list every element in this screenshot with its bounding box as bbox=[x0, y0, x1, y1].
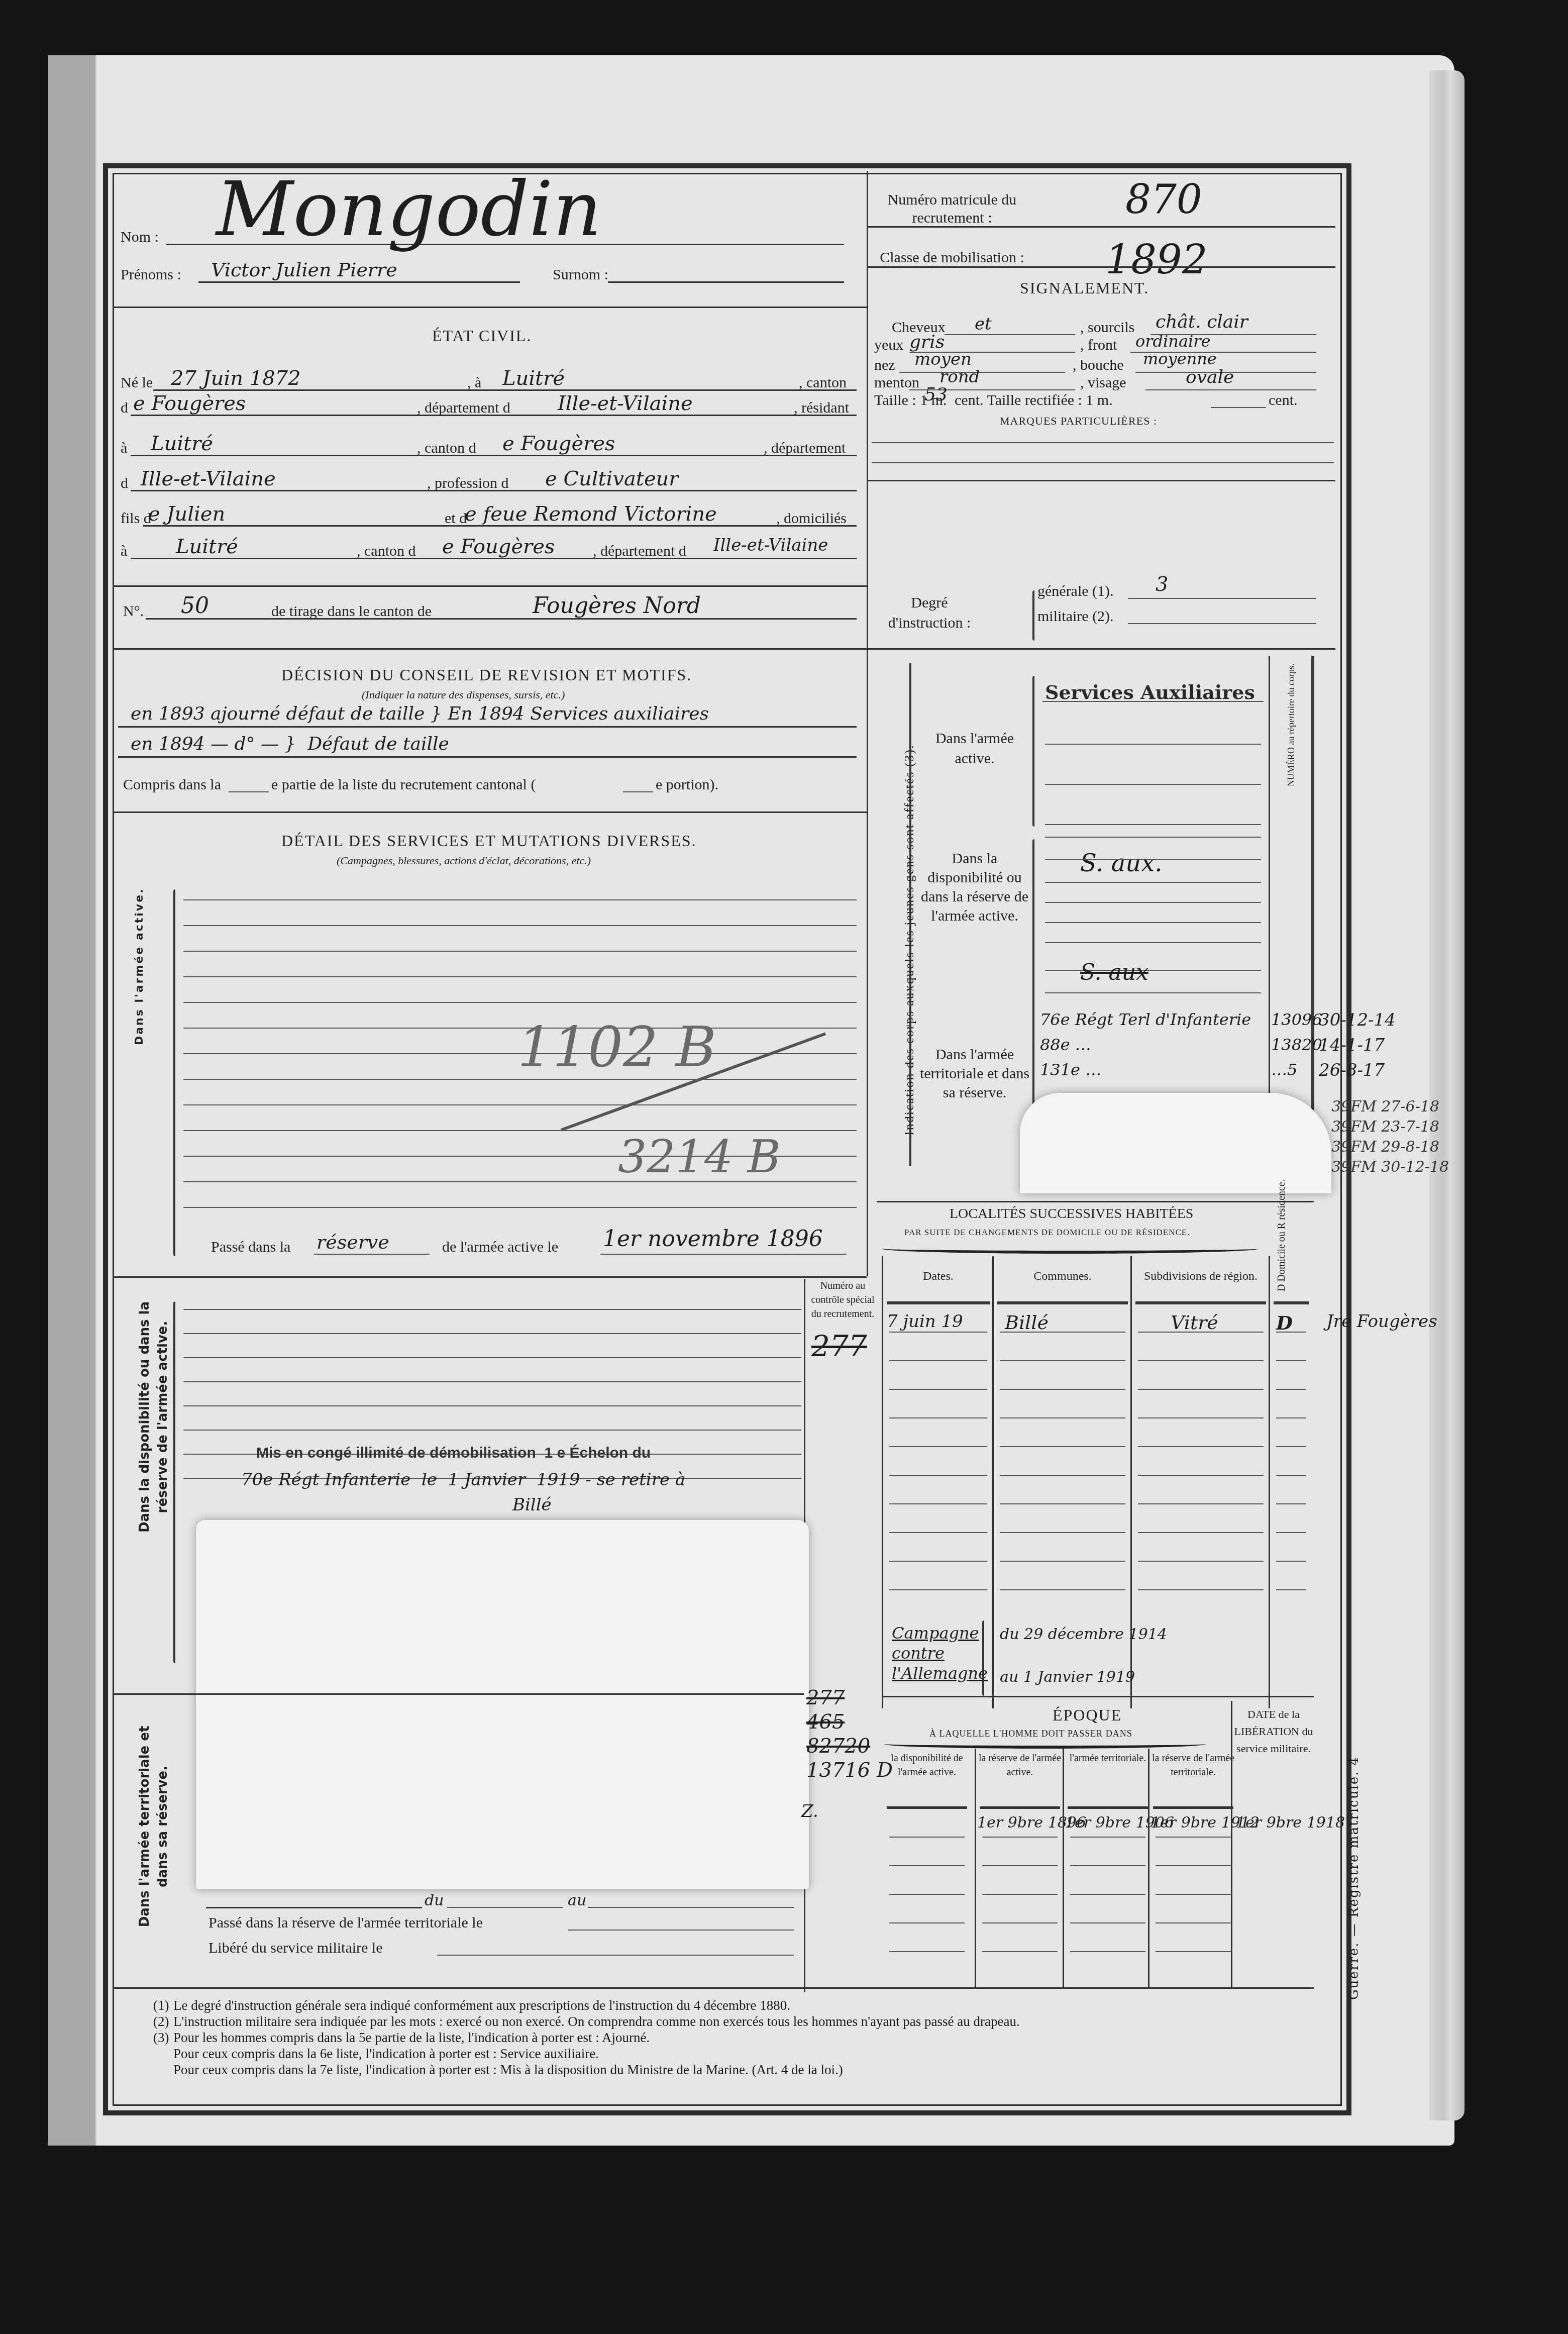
ruled-line bbox=[1070, 1951, 1145, 1952]
territoriale-numero: 13096 bbox=[1271, 1010, 1322, 1029]
line bbox=[1045, 837, 1261, 838]
ruled-line bbox=[889, 1475, 987, 1476]
ne-le-label: Né le bbox=[121, 374, 153, 391]
domicile-canton-value: e Fougères bbox=[442, 535, 555, 558]
ruled-line bbox=[1276, 1532, 1306, 1533]
campagne-du: du 29 décembre 1914 bbox=[1000, 1626, 1167, 1643]
conge-line-1: Mis en congé illimité de démobilisation … bbox=[256, 1445, 651, 1462]
localites-title: LOCALITÉS SUCCESSIVES HABITÉES bbox=[950, 1206, 1193, 1222]
menton-label: menton bbox=[874, 374, 919, 391]
footnote-text: Pour ceux compris dans la 7e liste, l'in… bbox=[173, 2062, 843, 2078]
residence-dept-value: Ille-et-Vilaine bbox=[141, 467, 276, 490]
ruled-line bbox=[889, 1446, 987, 1447]
brace bbox=[173, 1301, 175, 1663]
ruled-line bbox=[889, 1503, 987, 1504]
domicile-a-label: à bbox=[121, 543, 127, 560]
et-de-label: et d bbox=[445, 510, 467, 527]
instruction-label: Degré d'instruction : bbox=[884, 593, 975, 633]
campagne-label: Campagne contre l'Allemagne bbox=[892, 1623, 987, 1683]
line bbox=[1045, 824, 1261, 825]
canton-value: e Fougères bbox=[133, 392, 246, 415]
column-header: Communes. bbox=[995, 1269, 1130, 1284]
tirage-label: de tirage dans le canton de bbox=[271, 603, 432, 620]
line bbox=[118, 726, 857, 728]
ruled-line bbox=[183, 925, 857, 926]
brace bbox=[1032, 590, 1034, 641]
divider bbox=[882, 1696, 1314, 1697]
footnote-number: (3) bbox=[153, 2029, 173, 2046]
line bbox=[118, 756, 857, 758]
decision-subtitle: (Indiquer la nature des dispenses, sursi… bbox=[362, 688, 565, 701]
compris-label: Compris dans la bbox=[123, 776, 221, 793]
nom-label: Nom : bbox=[121, 229, 159, 246]
epoque-column-header: la réserve de l'armée territoriale. bbox=[1151, 1751, 1236, 1779]
footnote: (1)Le degré d'instruction générale sera … bbox=[153, 1997, 1309, 2013]
ruled-line bbox=[183, 899, 857, 900]
ruled-line bbox=[1070, 1922, 1145, 1923]
du-label: du bbox=[425, 1892, 444, 1909]
ruled-line bbox=[982, 1865, 1058, 1866]
ruled-line bbox=[183, 976, 857, 977]
divider bbox=[113, 648, 867, 650]
ne-le-value: 27 Juin 1872 bbox=[171, 367, 300, 390]
line bbox=[1045, 922, 1261, 923]
territoriale-struck-numbers: 277 465 82720 13716 D bbox=[806, 1686, 893, 1782]
margin-note: 39FM 27-6-18 bbox=[1331, 1098, 1439, 1115]
matricule-value: 870 bbox=[1125, 176, 1202, 223]
blank-paper-patch bbox=[196, 1520, 809, 1889]
ruled-line bbox=[982, 1951, 1058, 1952]
divider bbox=[868, 480, 1335, 481]
ruled-line bbox=[889, 1951, 965, 1952]
affect-disponibilite-label: Dans la disponibilité ou dans la réserve… bbox=[919, 849, 1030, 926]
current-number: 13716 D bbox=[806, 1758, 893, 1782]
residence-dept-prefix: d bbox=[121, 475, 128, 492]
ruled-line bbox=[1070, 1865, 1145, 1866]
decision-line-2: en 1894 — d° — } Défaut de taille bbox=[131, 734, 449, 754]
taille-rectifiee-line bbox=[1211, 407, 1266, 408]
ruled-line bbox=[982, 1922, 1058, 1923]
footnote-text: L'instruction militaire sera indiquée pa… bbox=[173, 2013, 1020, 2029]
surnom-label: Surnom : bbox=[553, 266, 608, 283]
footnote-number: (1) bbox=[153, 1997, 173, 2013]
ruled-line bbox=[1000, 1475, 1125, 1476]
etat-civil-title: ÉTAT CIVIL. bbox=[432, 327, 532, 345]
services-annotation-2: 3214 B bbox=[618, 1131, 781, 1183]
divider bbox=[113, 307, 867, 308]
line bbox=[1128, 598, 1316, 599]
liberation-label: DATE de la LIBÉRATION du service militai… bbox=[1233, 1706, 1314, 1757]
localite-type: D bbox=[1276, 1311, 1293, 1334]
line bbox=[1045, 784, 1261, 785]
ruled-line bbox=[982, 1837, 1058, 1838]
line bbox=[206, 1907, 422, 1908]
divider bbox=[992, 1256, 994, 1708]
classe-label: Classe de mobilisation : bbox=[877, 249, 1027, 267]
divider bbox=[868, 266, 1335, 268]
ornament-rule bbox=[882, 1244, 1259, 1254]
sourcils-value: chât. clair bbox=[1156, 312, 1248, 332]
services-subtitle: (Campagnes, blessures, actions d'éclat, … bbox=[337, 854, 591, 867]
services-auxiliaires-stamp: Services Auxiliaires bbox=[1045, 681, 1255, 703]
marques-title: MARQUES PARTICULIÈRES : bbox=[1000, 415, 1157, 428]
margin-note: 39FM 23-7-18 bbox=[1331, 1118, 1439, 1136]
divider bbox=[868, 226, 1335, 228]
passe-date: 1er novembre 1896 bbox=[603, 1226, 823, 1252]
header-rule bbox=[1135, 1301, 1266, 1304]
line bbox=[588, 1907, 794, 1908]
cent-label-2: cent. bbox=[1269, 392, 1297, 409]
profession-value: e Cultivateur bbox=[545, 467, 679, 490]
divider bbox=[909, 663, 911, 1166]
localite-date: 7 juin 19 bbox=[887, 1311, 963, 1332]
lieu-naissance: Luitré bbox=[502, 367, 565, 390]
sourcils-label: , sourcils bbox=[1080, 319, 1134, 336]
domicile-value: Luitré bbox=[176, 535, 238, 558]
ruled-line bbox=[1276, 1503, 1306, 1504]
domicile-dept-label: , département d bbox=[593, 543, 686, 560]
affect-disponibilite-value: S. aux. bbox=[1080, 849, 1163, 877]
territoriale-date: 30-12-14 bbox=[1319, 1010, 1396, 1030]
residence-a-label: à bbox=[121, 440, 127, 457]
canton-label: , canton bbox=[799, 374, 847, 391]
line bbox=[1045, 970, 1261, 971]
footnote-text: Le degré d'instruction générale sera ind… bbox=[173, 1997, 790, 2013]
services-side-label: Dans l'armée active. bbox=[133, 888, 146, 1045]
visage-label: , visage bbox=[1080, 374, 1126, 391]
ruled-line bbox=[889, 1332, 987, 1333]
residence-value: Luitré bbox=[151, 432, 213, 455]
ruled-line bbox=[1138, 1417, 1264, 1418]
prenoms-line bbox=[198, 281, 520, 283]
ruled-line bbox=[889, 1922, 965, 1923]
numero-controle-label: Numéro au contrôle spécial du recrutemen… bbox=[806, 1279, 879, 1321]
ruled-line bbox=[1156, 1865, 1231, 1866]
line bbox=[146, 618, 857, 620]
brace bbox=[1032, 676, 1034, 827]
residence-canton-label: , canton d bbox=[417, 440, 476, 457]
footnote-text: Pour les hommes compris dans la 5e parti… bbox=[173, 2029, 650, 2046]
line bbox=[437, 1955, 794, 1956]
footnote: (3)Pour les hommes compris dans la 5e pa… bbox=[153, 2029, 1309, 2046]
footnote-text: Pour ceux compris dans la 6e liste, l'in… bbox=[173, 2046, 599, 2062]
footnotes: (1)Le degré d'instruction générale sera … bbox=[153, 1997, 1309, 2078]
brace bbox=[982, 1620, 984, 1696]
margin-note: 39FM 30-12-18 bbox=[1331, 1158, 1449, 1176]
territoriale-date: 14-1-17 bbox=[1319, 1035, 1385, 1055]
ruled-line bbox=[1276, 1360, 1306, 1361]
line bbox=[872, 462, 1334, 463]
footnote-number bbox=[153, 2046, 173, 2062]
header-rule bbox=[887, 1301, 990, 1304]
brace bbox=[173, 889, 175, 1256]
page-binding-shadow bbox=[48, 55, 96, 2146]
numero-controle-value: 277 bbox=[811, 1329, 867, 1363]
ruled-line bbox=[1276, 1417, 1306, 1418]
services-annotation-1: 1102 B bbox=[517, 1015, 716, 1079]
tirage-numero: 50 bbox=[181, 593, 209, 619]
line bbox=[872, 442, 1334, 443]
column-header: Dates. bbox=[884, 1269, 992, 1284]
line bbox=[1145, 389, 1316, 390]
tirage-no-label: N°. bbox=[123, 603, 144, 620]
ruled-line bbox=[1070, 1837, 1145, 1838]
line bbox=[1045, 942, 1261, 943]
canton-prefix: d bbox=[121, 399, 128, 417]
instruction-generale-value: 3 bbox=[1156, 573, 1168, 596]
line bbox=[945, 334, 1075, 335]
bouche-value: moyenne bbox=[1143, 349, 1217, 368]
ruled-line bbox=[889, 1532, 987, 1533]
ruled-line bbox=[1156, 1951, 1231, 1952]
header-rule bbox=[887, 1806, 967, 1809]
matricule-label: Numéro matricule du recrutement : bbox=[877, 191, 1027, 227]
header-rule bbox=[997, 1301, 1128, 1304]
passe-value: réserve bbox=[317, 1231, 389, 1253]
ruled-line bbox=[1138, 1532, 1264, 1533]
nez-label: nez bbox=[874, 357, 895, 374]
compris-text: e partie de la liste du recrutement cant… bbox=[271, 776, 536, 793]
torn-paper-patch bbox=[1020, 1093, 1331, 1193]
territoriale-corps: 131e … bbox=[1040, 1060, 1101, 1079]
localites-margin-note: Jre Fougères bbox=[1326, 1311, 1437, 1332]
cheveux-value: et bbox=[975, 314, 992, 334]
portion-text: e portion). bbox=[656, 776, 718, 793]
divider bbox=[882, 1256, 883, 1708]
fils-de-label: fils d bbox=[121, 510, 151, 527]
domicile-dept-value: Ille-et-Vilaine bbox=[713, 535, 828, 555]
line bbox=[1045, 992, 1261, 993]
divider bbox=[1148, 1749, 1149, 1987]
ornament-rule bbox=[884, 1740, 1206, 1749]
epoque-column-header: l'armée territoriale. bbox=[1065, 1751, 1151, 1765]
divider bbox=[1063, 1749, 1064, 1987]
ruled-line bbox=[1000, 1417, 1125, 1418]
divider bbox=[113, 811, 867, 813]
header-rule bbox=[1153, 1806, 1233, 1809]
domicile-canton-label: , canton d bbox=[357, 543, 415, 560]
menton-value: rond bbox=[939, 367, 980, 387]
passe-label: Passé dans la bbox=[211, 1239, 290, 1256]
line bbox=[1045, 902, 1261, 903]
divider bbox=[113, 1276, 867, 1278]
ruled-line bbox=[183, 951, 857, 952]
bouche-label: , bouche bbox=[1073, 357, 1124, 374]
ruled-line bbox=[1138, 1360, 1264, 1361]
ruled-line bbox=[889, 1417, 987, 1418]
territoriale-corps: 76e Régt Terl d'Infanterie bbox=[1040, 1010, 1251, 1029]
liberation-value: 1er 9bre 1918 bbox=[1236, 1814, 1345, 1832]
line bbox=[1045, 744, 1261, 745]
instruction-generale-label: générale (1). bbox=[1037, 583, 1114, 600]
taille-value: 53 bbox=[924, 384, 948, 405]
line bbox=[600, 1254, 847, 1255]
affect-active-label: Dans l'armée active. bbox=[919, 729, 1030, 769]
footnote: (2)L'instruction militaire sera indiquée… bbox=[153, 2013, 1309, 2029]
ruled-line bbox=[183, 1207, 857, 1208]
divider bbox=[877, 1201, 1314, 1202]
a-label: , à bbox=[467, 374, 481, 391]
divider bbox=[113, 1987, 1314, 1989]
ruled-line bbox=[1276, 1475, 1306, 1476]
numero-repertoire-label: NUMÉRO au répertoire du corps. bbox=[1286, 664, 1297, 786]
ruled-line bbox=[982, 1894, 1058, 1895]
divider bbox=[1231, 1701, 1232, 1987]
struck-number: 82720 bbox=[806, 1734, 893, 1758]
line bbox=[131, 455, 857, 456]
au-label: au bbox=[568, 1892, 586, 1909]
ruled-line bbox=[1156, 1922, 1231, 1923]
decision-line-1: en 1893 ajourné défaut de taille } En 18… bbox=[131, 703, 709, 724]
territoriale-numero: 13820 bbox=[1271, 1035, 1322, 1054]
territoriale-corps: 88e … bbox=[1040, 1035, 1091, 1054]
localite-subdivision: Vitré bbox=[1171, 1311, 1218, 1334]
footnote-number bbox=[153, 2062, 173, 2078]
column-header: D Domicile ou R résidence. bbox=[1276, 1179, 1288, 1291]
passe-reserve-label: Passé dans la réserve de l'armée territo… bbox=[208, 1914, 483, 1932]
territoriale-date: 26-8-17 bbox=[1319, 1060, 1385, 1080]
ruled-line bbox=[1138, 1475, 1264, 1476]
ruled-line bbox=[889, 1389, 987, 1390]
divider bbox=[113, 585, 867, 587]
divider bbox=[113, 1693, 804, 1695]
divider bbox=[868, 648, 1335, 650]
territoriale-numero: …5 bbox=[1271, 1060, 1297, 1079]
ruled-line bbox=[889, 1589, 987, 1590]
departement-label: , département d bbox=[417, 399, 510, 417]
divider bbox=[975, 1749, 976, 1987]
instruction-militaire-label: militaire (2). bbox=[1037, 608, 1114, 625]
surnom-line bbox=[608, 281, 844, 283]
epoque-column-header: la réserve de l'armée active. bbox=[977, 1751, 1063, 1779]
visage-value: ovale bbox=[1186, 367, 1234, 387]
ruled-line bbox=[1000, 1503, 1125, 1504]
line bbox=[1045, 859, 1261, 860]
cent-label: cent. Taille rectifiée : 1 m. bbox=[955, 392, 1113, 409]
passe-mid-label: de l'armée active le bbox=[442, 1239, 558, 1256]
disponibilite-side-label: Dans la disponibilité ou dans la réserve… bbox=[136, 1286, 172, 1548]
portion-line bbox=[623, 791, 653, 792]
nom-value: Mongodin bbox=[216, 166, 601, 253]
prenoms-label: Prénoms : bbox=[121, 266, 181, 283]
ruled-line bbox=[183, 1002, 857, 1003]
ruled-line bbox=[1000, 1561, 1125, 1562]
territoriale-side-label: Dans l'armée territoriale et dans sa rés… bbox=[136, 1713, 172, 1940]
ruled-line bbox=[1138, 1446, 1264, 1447]
ruled-line bbox=[1000, 1446, 1125, 1447]
divider bbox=[1269, 1256, 1270, 1708]
ruled-line bbox=[1000, 1589, 1125, 1590]
pere-value: e Julien bbox=[148, 502, 225, 526]
footnote: Pour ceux compris dans la 7e liste, l'in… bbox=[153, 2062, 1309, 2078]
ruled-line bbox=[1000, 1532, 1125, 1533]
ruled-line bbox=[889, 1865, 965, 1866]
footnote: Pour ceux compris dans la 6e liste, l'in… bbox=[153, 2046, 1309, 2062]
ruled-line bbox=[1276, 1446, 1306, 1447]
ruled-line bbox=[183, 1357, 801, 1358]
profession-label: , profession d bbox=[427, 475, 508, 492]
residence-canton-value: e Fougères bbox=[502, 432, 615, 455]
classe-value: 1892 bbox=[1105, 236, 1208, 283]
margin-note: 39FM 29-8-18 bbox=[1331, 1138, 1439, 1156]
ruled-line bbox=[889, 1360, 987, 1361]
ruled-line bbox=[1138, 1389, 1264, 1390]
struck-number: 465 bbox=[806, 1710, 893, 1734]
signalement-title: SIGNALEMENT. bbox=[1020, 279, 1149, 297]
header-rule bbox=[1068, 1806, 1148, 1809]
ruled-line bbox=[183, 1381, 801, 1382]
conge-line-2: 70e Régt Infanterie le 1 Janvier 1919 - … bbox=[241, 1470, 685, 1490]
decision-title: DÉCISION DU CONSEIL DE REVISION ET MOTIF… bbox=[281, 666, 692, 684]
residant-label: , résidant bbox=[794, 399, 849, 417]
departement-value: Ille-et-Vilaine bbox=[558, 392, 693, 415]
ruled-line bbox=[183, 1309, 801, 1310]
ruled-line bbox=[1138, 1589, 1264, 1590]
ruled-line bbox=[183, 1104, 857, 1105]
ruled-line bbox=[889, 1837, 965, 1838]
yeux-label: yeux bbox=[874, 337, 903, 354]
nez-value: moyen bbox=[914, 349, 972, 369]
ruled-line bbox=[889, 1561, 987, 1562]
ruled-line bbox=[1156, 1837, 1231, 1838]
ruled-line bbox=[1070, 1894, 1145, 1895]
libere-label: Libéré du service militaire le bbox=[208, 1940, 383, 1957]
affect-territoriale-struck: S. aux bbox=[1080, 960, 1148, 985]
line bbox=[1045, 882, 1261, 883]
ruled-line bbox=[1156, 1894, 1231, 1895]
registre-side-label: Guerre. — Registre matricule. 4 bbox=[1346, 1756, 1362, 2000]
domicilies-label: , domiciliés bbox=[776, 510, 847, 527]
ruled-line bbox=[1000, 1389, 1125, 1390]
page-stack-edge bbox=[1429, 70, 1465, 2120]
struck-number: 277 bbox=[806, 1686, 893, 1710]
ruled-line bbox=[1276, 1561, 1306, 1562]
tirage-canton: Fougères Nord bbox=[533, 593, 701, 619]
localites-subtitle: PAR SUITE DE CHANGEMENTS DE DOMICILE OU … bbox=[904, 1228, 1190, 1238]
column-divider bbox=[867, 171, 868, 1276]
ruled-line bbox=[1138, 1503, 1264, 1504]
line bbox=[1042, 701, 1264, 702]
header-rule bbox=[1274, 1301, 1309, 1304]
epoque-subtitle: À LAQUELLE L'HOMME DOIT PASSER DANS bbox=[929, 1729, 1132, 1739]
ruled-line bbox=[183, 1430, 801, 1431]
ruled-line bbox=[1276, 1389, 1306, 1390]
affect-territoriale-label: Dans l'armée territoriale et dans sa rés… bbox=[919, 1045, 1030, 1102]
mere-value: e feue Remond Victorine bbox=[465, 502, 717, 526]
localite-commune: Billé bbox=[1005, 1311, 1049, 1334]
line bbox=[1128, 623, 1316, 624]
line bbox=[447, 1907, 563, 1908]
conge-line-3: Billé bbox=[512, 1495, 552, 1515]
partie-line bbox=[229, 791, 269, 792]
ruled-line bbox=[183, 1405, 801, 1406]
footnote-number: (2) bbox=[153, 2013, 173, 2029]
ruled-line bbox=[889, 1894, 965, 1895]
residence-dept-label: , département bbox=[764, 440, 846, 457]
epoque-title: ÉPOQUE bbox=[1053, 1706, 1122, 1724]
campagne-au: au 1 Janvier 1919 bbox=[1000, 1668, 1135, 1686]
column-header: Subdivisions de région. bbox=[1133, 1269, 1269, 1284]
ruled-line bbox=[183, 1333, 801, 1334]
front-value: ordinaire bbox=[1135, 332, 1210, 351]
line bbox=[899, 372, 1065, 373]
territoriale-mark: Z. bbox=[801, 1801, 818, 1821]
prenoms-value: Victor Julien Pierre bbox=[211, 259, 397, 281]
epoque-column-header: la disponibilité de l'armée active. bbox=[884, 1751, 970, 1779]
ruled-line bbox=[1000, 1360, 1125, 1361]
header-rule bbox=[980, 1806, 1060, 1809]
ruled-line bbox=[1138, 1561, 1264, 1562]
